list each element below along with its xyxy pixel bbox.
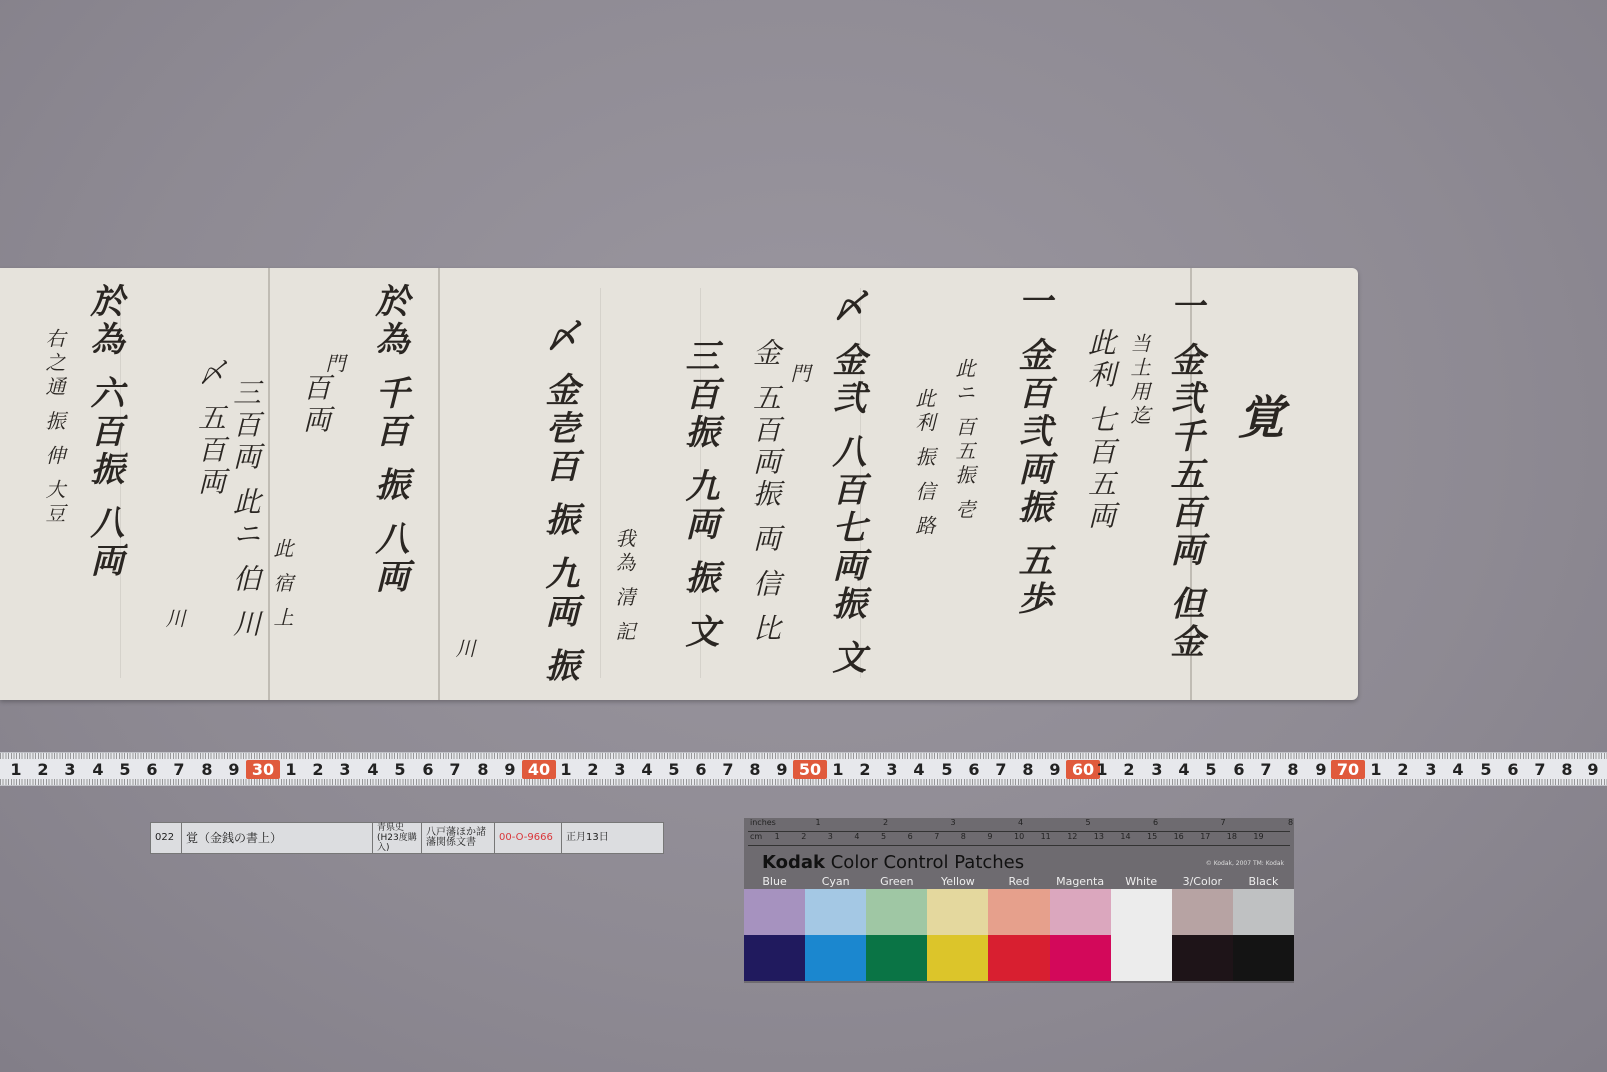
tape-mark: 9 xyxy=(1585,760,1601,779)
cm-tick-label: 12 xyxy=(1067,832,1077,841)
text-column: 当土用迄 xyxy=(1125,333,1154,429)
text-column: 此 宿 上 xyxy=(268,538,297,631)
patch-column-magenta xyxy=(1050,889,1111,981)
text-column: 右之通 振 伸 大豆 xyxy=(40,328,69,527)
tape-mark: 5 xyxy=(392,760,408,779)
text-column: 一 金百弐両振 五歩 xyxy=(1008,283,1057,619)
inch-tick-label: 5 xyxy=(1086,818,1091,827)
cm-tick-label: 19 xyxy=(1253,832,1263,841)
tape-major-mark: 70 xyxy=(1331,760,1365,779)
tape-mark: 3 xyxy=(612,760,628,779)
tape-mark: 3 xyxy=(884,760,900,779)
tape-mark: 4 xyxy=(1450,760,1466,779)
inch-tick-label: 2 xyxy=(883,818,888,827)
cm-tick-label: 16 xyxy=(1174,832,1184,841)
tape-mark: 5 xyxy=(1203,760,1219,779)
tape-mark: 7 xyxy=(171,760,187,779)
text-column: 此利 振 信 路 xyxy=(910,388,939,539)
patch-column-red xyxy=(988,889,1049,981)
patch-label: Red xyxy=(988,875,1049,888)
tape-mark: 1 xyxy=(8,760,24,779)
tape-mark: 1 xyxy=(558,760,574,779)
tape-mark: 5 xyxy=(1478,760,1494,779)
inch-tick-label: inches xyxy=(750,818,776,827)
tape-mark: 2 xyxy=(585,760,601,779)
patch-label: Green xyxy=(866,875,927,888)
light-patch xyxy=(1233,889,1294,935)
tape-mark: 5 xyxy=(666,760,682,779)
tape-mark: 2 xyxy=(1395,760,1411,779)
cm-tick-label: 13 xyxy=(1094,832,1104,841)
inch-tick-label: 4 xyxy=(1018,818,1023,827)
text-column: 我為 清 記 xyxy=(610,528,639,645)
cm-tick-label: 4 xyxy=(854,832,859,841)
patch-column-3-color xyxy=(1172,889,1233,981)
cm-tick-label: 11 xyxy=(1041,832,1051,841)
tape-mark: 3 xyxy=(62,760,78,779)
tape-mark: 4 xyxy=(639,760,655,779)
cm-tick-label: 17 xyxy=(1200,832,1210,841)
cm-tick-label: 1 xyxy=(775,832,780,841)
inch-tick-label: 3 xyxy=(951,818,956,827)
dark-patch xyxy=(927,935,988,981)
text-column: 一 金弐千五百両 但金 xyxy=(1160,288,1209,662)
tape-mark: 9 xyxy=(226,760,242,779)
text-column: 〆 金壱百 振 九両 振 文 xyxy=(535,318,584,700)
tape-mark: 8 xyxy=(1020,760,1036,779)
kodak-title-text: Color Control Patches xyxy=(831,852,1024,873)
patch-column-cyan xyxy=(805,889,866,981)
tape-mark: 6 xyxy=(693,760,709,779)
label-catalog-id: 00-O-9666 xyxy=(495,823,562,853)
patch-column-black xyxy=(1233,889,1294,981)
tape-mark: 4 xyxy=(90,760,106,779)
tape-mark: 3 xyxy=(337,760,353,779)
label-source: 青県史(H23度購入) xyxy=(373,823,422,853)
text-column: 此利 七百五両 xyxy=(1080,328,1120,533)
light-patch xyxy=(927,889,988,935)
tape-mark: 8 xyxy=(1285,760,1301,779)
patch-column-green xyxy=(866,889,927,981)
tape-mark: 1 xyxy=(1368,760,1384,779)
patch-column-blue xyxy=(744,889,805,981)
tape-mark: 2 xyxy=(857,760,873,779)
tape-mark: 3 xyxy=(1423,760,1439,779)
text-column: 於為 千百 振 八両 xyxy=(365,283,414,597)
cm-tick-label: 7 xyxy=(934,832,939,841)
label-title: 覚（金銭の書上） xyxy=(182,823,373,853)
tape-mark: 2 xyxy=(1121,760,1137,779)
light-patch xyxy=(866,889,927,935)
tape-mark: 1 xyxy=(1094,760,1110,779)
tape-mark: 6 xyxy=(144,760,160,779)
kodak-color-control-patches: inches12345678cm123456789101112131415161… xyxy=(744,818,1294,983)
tape-mark: 8 xyxy=(747,760,763,779)
tape-mark: 2 xyxy=(35,760,51,779)
cm-tick-label: 2 xyxy=(801,832,806,841)
tape-mark: 6 xyxy=(966,760,982,779)
text-column: 川 xyxy=(160,608,189,632)
tape-mark: 6 xyxy=(1231,760,1247,779)
light-patch xyxy=(805,889,866,935)
text-column: 川 xyxy=(450,638,479,662)
patch-label: White xyxy=(1111,875,1172,888)
dark-patch xyxy=(1172,935,1233,981)
label-number: 022 xyxy=(151,823,182,853)
cm-tick-label: 8 xyxy=(961,832,966,841)
tape-mark: 7 xyxy=(1532,760,1548,779)
patch-label: Cyan xyxy=(805,875,866,888)
cm-tick-label: 3 xyxy=(828,832,833,841)
kodak-title: Kodak Color Control Patches xyxy=(762,852,1024,873)
color-patches xyxy=(744,889,1294,981)
tape-mark: 2 xyxy=(310,760,326,779)
text-column: 此ニ 百五振 壱 xyxy=(950,358,979,523)
tape-ticks-bottom xyxy=(0,779,1607,785)
tape-mark: 7 xyxy=(1258,760,1274,779)
historical-document-scroll: 覚 一 金弐千五百両 但金当土用迄此利 七百五両一 金百弐両振 五歩此ニ 百五振… xyxy=(0,268,1358,700)
dark-patch xyxy=(1050,935,1111,981)
light-patch xyxy=(1111,889,1172,935)
tape-mark: 7 xyxy=(993,760,1009,779)
inch-tick-label: 1 xyxy=(816,818,821,827)
tape-mark: 9 xyxy=(502,760,518,779)
label-date: 正月13日 xyxy=(562,823,663,853)
tape-mark: 9 xyxy=(774,760,790,779)
tape-mark: 9 xyxy=(1047,760,1063,779)
label-collection: 八戸藩ほか諸藩関係文書 xyxy=(422,823,495,853)
tape-major-mark: 40 xyxy=(522,760,556,779)
patch-label: Yellow xyxy=(927,875,988,888)
dark-patch xyxy=(1111,935,1172,981)
light-patch xyxy=(744,889,805,935)
tape-mark: 8 xyxy=(475,760,491,779)
tape-mark: 4 xyxy=(365,760,381,779)
tape-mark: 6 xyxy=(1505,760,1521,779)
tape-mark: 1 xyxy=(830,760,846,779)
paper-fold-line xyxy=(438,268,440,700)
text-column: 於為 六百振 八両 xyxy=(80,283,129,581)
patch-label: Black xyxy=(1233,875,1294,888)
tape-mark: 3 xyxy=(1149,760,1165,779)
dark-patch xyxy=(988,935,1049,981)
patch-column-white xyxy=(1111,889,1172,981)
dark-patch xyxy=(744,935,805,981)
kodak-ruler: inches12345678cm123456789101112131415161… xyxy=(744,818,1294,846)
inch-tick-label: 6 xyxy=(1153,818,1158,827)
catalog-label-strip: 022 覚（金銭の書上） 青県史(H23度購入) 八戸藩ほか諸藩関係文書 00-… xyxy=(150,822,664,854)
paper-fold-line xyxy=(268,268,270,700)
text-column: 金 五百両振 両 信 比 xyxy=(745,338,785,646)
tape-mark: 6 xyxy=(420,760,436,779)
light-patch xyxy=(988,889,1049,935)
cm-tick-label: 10 xyxy=(1014,832,1024,841)
measuring-tape: 1234567893012345678940123456789501234567… xyxy=(0,752,1607,786)
text-column: 門 xyxy=(785,363,814,387)
tape-mark: 4 xyxy=(911,760,927,779)
dark-patch xyxy=(1233,935,1294,981)
text-column: 三百振 九両 振 文 xyxy=(675,338,724,652)
cm-tick-label: 9 xyxy=(987,832,992,841)
inch-tick-label: 8 xyxy=(1288,818,1293,827)
patch-label: Magenta xyxy=(1050,875,1111,888)
kodak-brand: Kodak xyxy=(762,852,825,873)
cm-tick-label: 14 xyxy=(1120,832,1130,841)
light-patch xyxy=(1050,889,1111,935)
tape-mark: 4 xyxy=(1176,760,1192,779)
tape-mark: 5 xyxy=(117,760,133,779)
text-column: 百両 xyxy=(295,373,335,437)
cm-tick-label: 5 xyxy=(881,832,886,841)
text-column: 〆 五百両 xyxy=(190,358,230,499)
cm-tick-label: 15 xyxy=(1147,832,1157,841)
text-column: 〆 金弐 八百七両振 文 xyxy=(822,288,871,678)
text-column: 三百両 此ニ 伯 川 xyxy=(225,378,265,641)
cm-tick-label: 18 xyxy=(1227,832,1237,841)
tape-mark: 9 xyxy=(1313,760,1329,779)
patch-label: 3/Color xyxy=(1172,875,1233,888)
patch-label: Blue xyxy=(744,875,805,888)
tape-mark: 8 xyxy=(199,760,215,779)
kodak-copyright: © Kodak, 2007 TM: Kodak xyxy=(1206,860,1284,867)
dark-patch xyxy=(866,935,927,981)
patch-names: BlueCyanGreenYellowRedMagentaWhite3/Colo… xyxy=(744,875,1294,888)
tape-mark: 7 xyxy=(447,760,463,779)
inch-scale: inches12345678 xyxy=(748,818,1290,832)
tape-mark: 5 xyxy=(939,760,955,779)
ruled-line xyxy=(600,288,601,678)
patch-column-yellow xyxy=(927,889,988,981)
cm-tick-label: cm xyxy=(750,832,762,841)
cm-tick-label: 6 xyxy=(908,832,913,841)
tape-ticks-top xyxy=(0,753,1607,759)
inch-tick-label: 7 xyxy=(1221,818,1226,827)
document-title: 覚 xyxy=(1225,393,1291,443)
light-patch xyxy=(1172,889,1233,935)
dark-patch xyxy=(805,935,866,981)
tape-mark: 8 xyxy=(1559,760,1575,779)
tape-major-mark: 30 xyxy=(246,760,280,779)
tape-major-mark: 50 xyxy=(793,760,827,779)
cm-scale: cm12345678910111213141516171819 xyxy=(748,832,1290,846)
tape-mark: 7 xyxy=(720,760,736,779)
tape-mark: 1 xyxy=(283,760,299,779)
